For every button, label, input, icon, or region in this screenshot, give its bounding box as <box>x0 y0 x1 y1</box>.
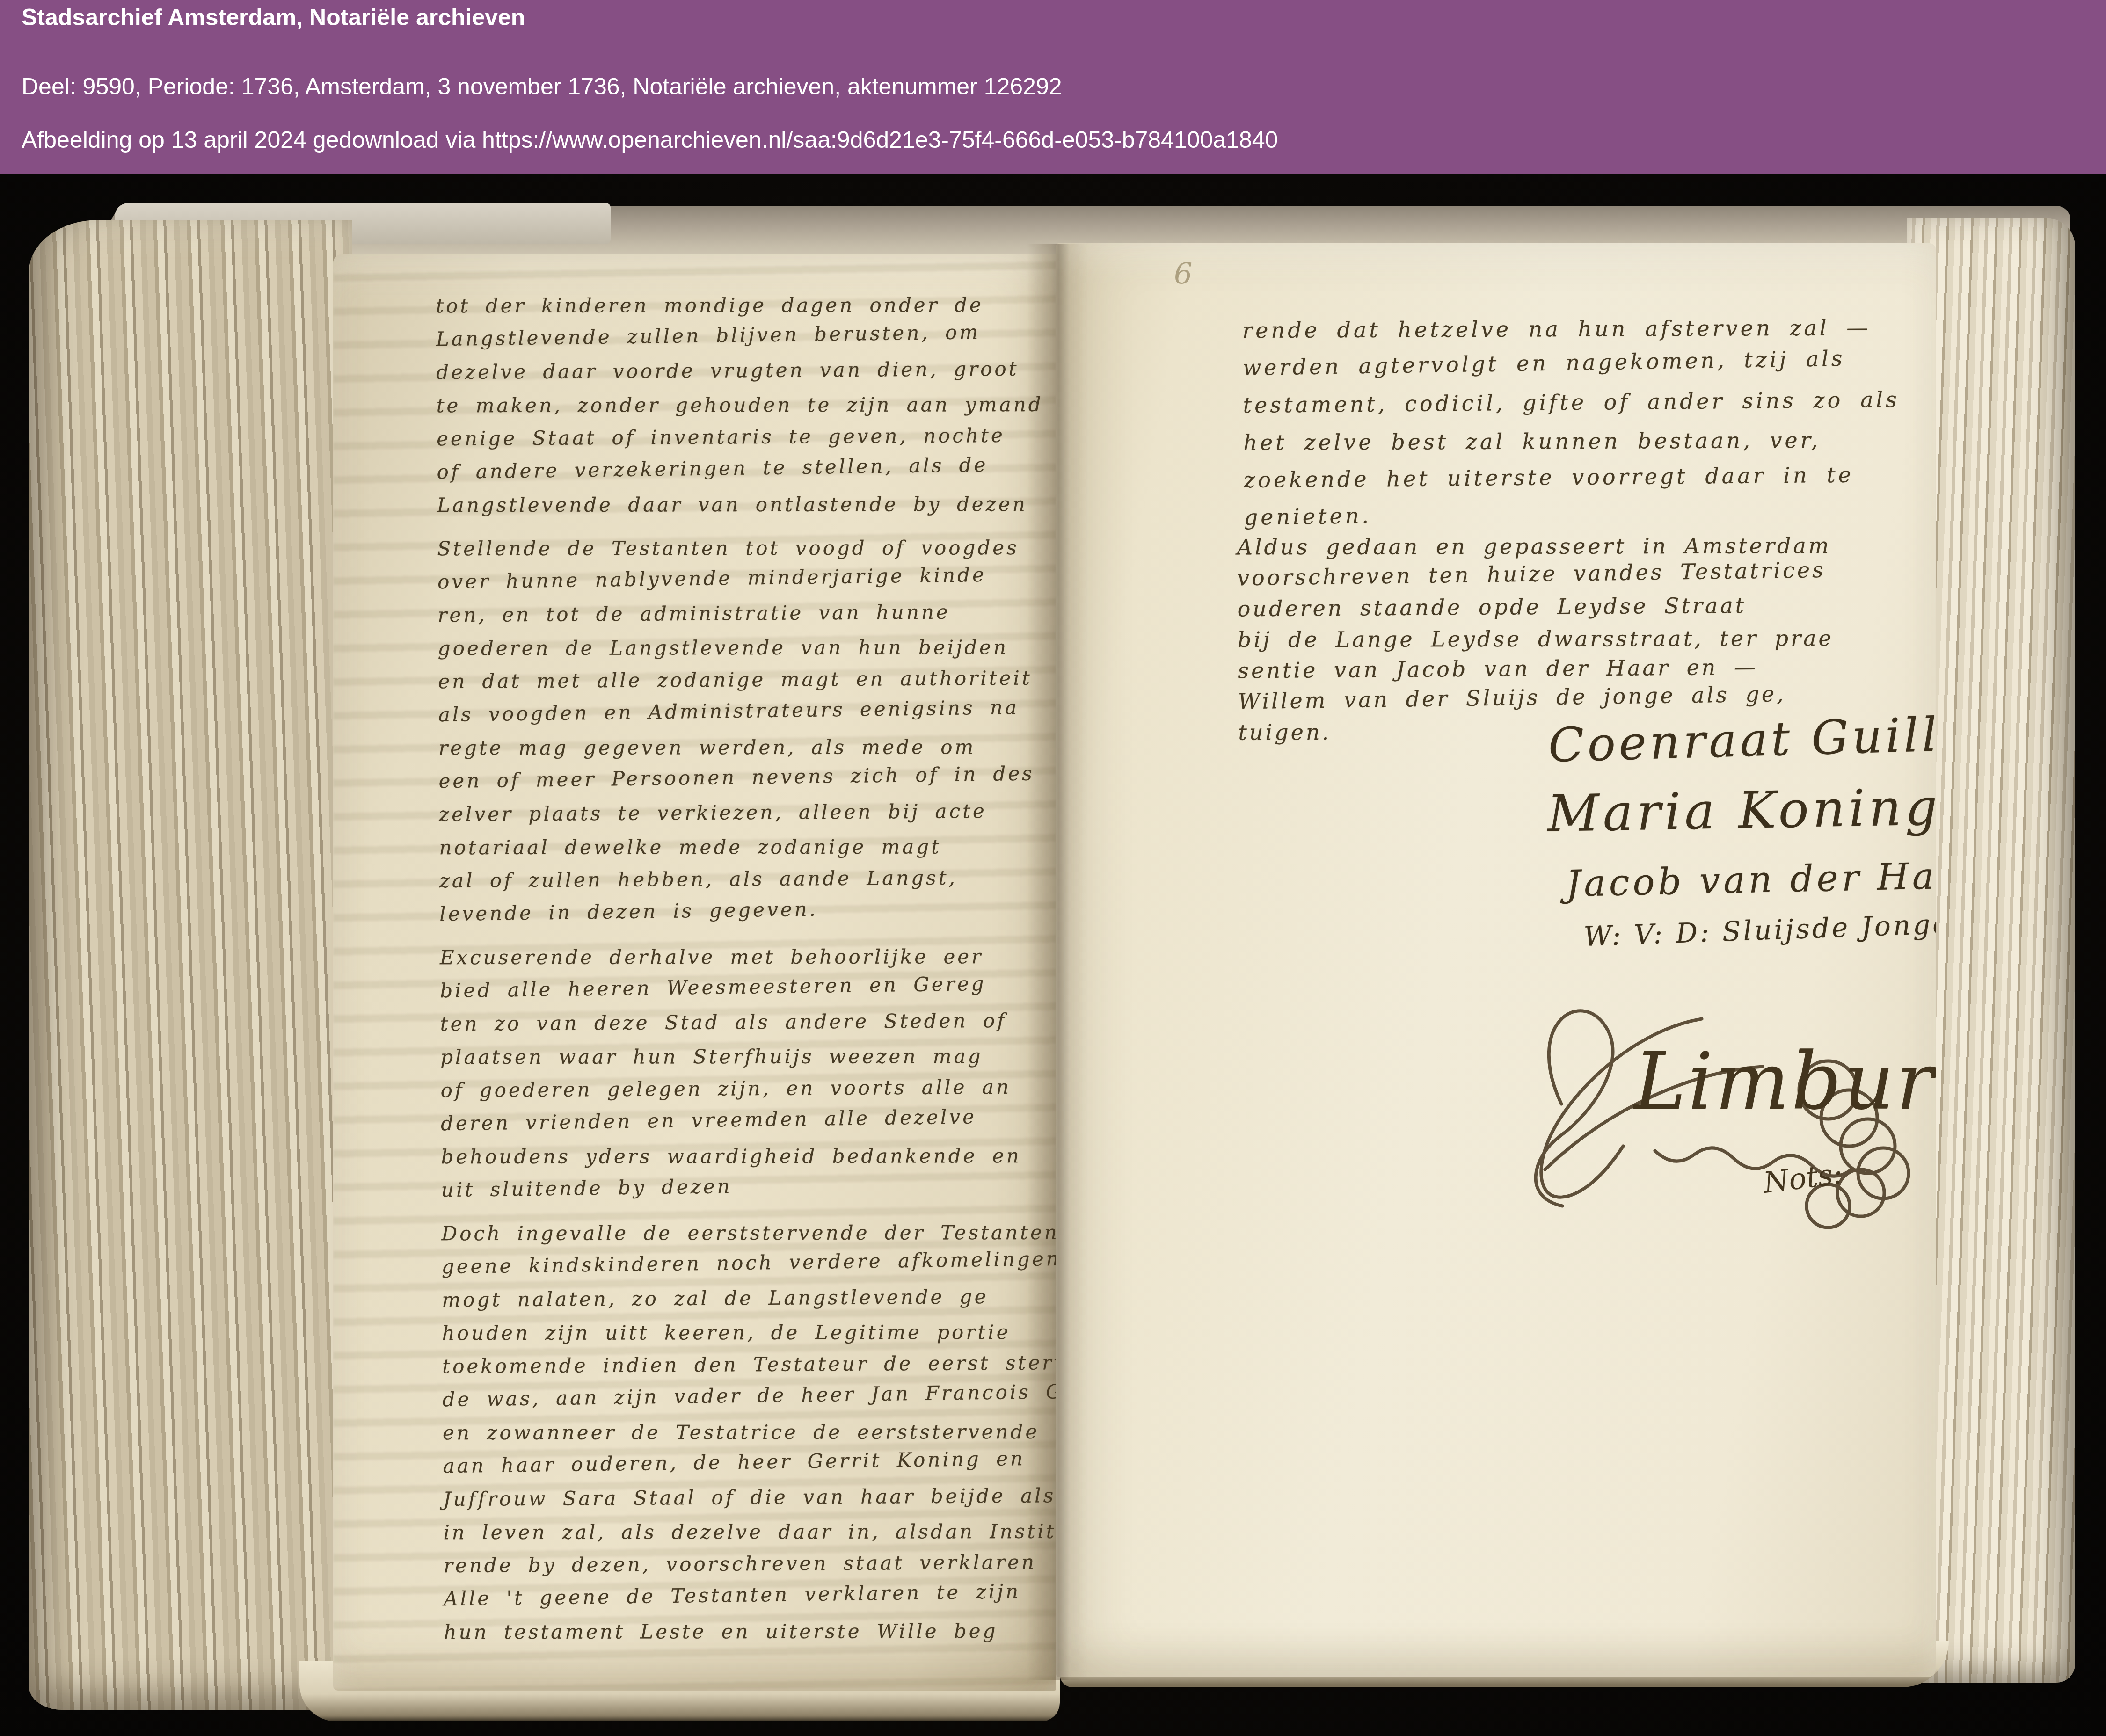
left-paragraph-2: Stellende de Testanten tot voogd of voog… <box>437 528 1056 931</box>
manuscript-line: notariaal dewelke mede zodanige magt <box>439 830 1056 864</box>
manuscript-line: Juffrouw Sara Staal of die van haar beij… <box>443 1479 1056 1516</box>
scan-photo-area: tot der kinderen mondige dagen onder deL… <box>0 174 2106 1736</box>
manuscript-line: in leven zal, als dezelve daar in, alsda… <box>443 1515 1056 1549</box>
manuscript-line: te maken, zonder gehouden te zijn aan ym… <box>437 388 1056 422</box>
book-left-page-edges <box>29 220 352 1710</box>
banner-title: Stadsarchief Amsterdam, Notariële archie… <box>22 6 525 29</box>
manuscript-line: hun testament Leste en uiterste Wille be… <box>444 1614 1056 1649</box>
book-gutter-shadow <box>1027 244 1088 1680</box>
banner-subtitle: Deel: 9590, Periode: 1736, Amsterdam, 3 … <box>22 75 1062 98</box>
manuscript-line: ouderen staande opde Leydse Straat <box>1237 589 1833 625</box>
right-page: 6 rende dat hetzelve na hun afsterven za… <box>1056 243 1936 1677</box>
left-paragraph-3: Excuserende derhalve met behoorlijke eer… <box>440 937 1056 1207</box>
left-page-text: tot der kinderen mondige dagen onder deL… <box>436 285 1056 1649</box>
manuscript-line: zelver plaats te verkiezen, alleen bij a… <box>439 794 1056 831</box>
banner-download-note: Afbeelding op 13 april 2024 gedownload v… <box>22 128 1278 152</box>
left-paragraph-4: Doch ingevalle de eerststervende der Tes… <box>441 1213 1056 1649</box>
screenshot-root: Stadsarchief Amsterdam, Notariële archie… <box>0 0 2106 1736</box>
manuscript-line: plaatsen waar hun Sterfhuijs weezen mag <box>440 1039 1056 1074</box>
left-page: tot der kinderen mondige dagen onder deL… <box>333 254 1056 1691</box>
right-paragraph-1: rende dat hetzelve na hun afsterven zal … <box>1242 306 1901 536</box>
left-paragraph-1: tot der kinderen mondige dagen onder deL… <box>436 285 1056 522</box>
manuscript-line: testament, codicil, gifte of ander sins … <box>1243 381 1900 424</box>
signature-flourish-icon: Limburg Nots: <box>1501 950 1936 1258</box>
notary-signature: Limburg Nots: <box>1501 950 1936 1258</box>
manuscript-line: bij de Lange Leydse dwarsstraat, ter pra… <box>1238 623 1834 655</box>
manuscript-line: dezelve daar voorde vrugten van dien, gr… <box>436 352 1056 389</box>
manuscript-line: houden zijn uitt keeren, de Legitime por… <box>442 1315 1056 1350</box>
manuscript-line: goederen de Langstlevende van hun beijde… <box>438 631 1056 665</box>
manuscript-line: ren, en tot de administratie van hunne <box>437 595 1056 632</box>
signature-jacob-van-der-haar: Jacob van der Haar <box>1566 854 1936 905</box>
manuscript-line: Langstlevende daar van ontlastende by de… <box>437 487 1056 522</box>
ink-mark: 6 <box>1174 256 1192 291</box>
metadata-banner: Stadsarchief Amsterdam, Notariële archie… <box>0 0 2106 174</box>
notary-name-text: Limburg <box>1632 1036 1936 1127</box>
manuscript-line: het zelve best zal kunnen bestaan, ver, <box>1243 421 1900 461</box>
manuscript-line: ten zo van deze Stad als andere Steden o… <box>440 1003 1056 1041</box>
signature-w-v-d-sluijs: W: V: D: Sluijsde Jonge <box>1583 908 1936 952</box>
manuscript-line: mogt nalaten, zo zal de Langstlevende ge <box>442 1279 1056 1317</box>
signature-maria-koning: Maria Koning <box>1547 778 1936 843</box>
